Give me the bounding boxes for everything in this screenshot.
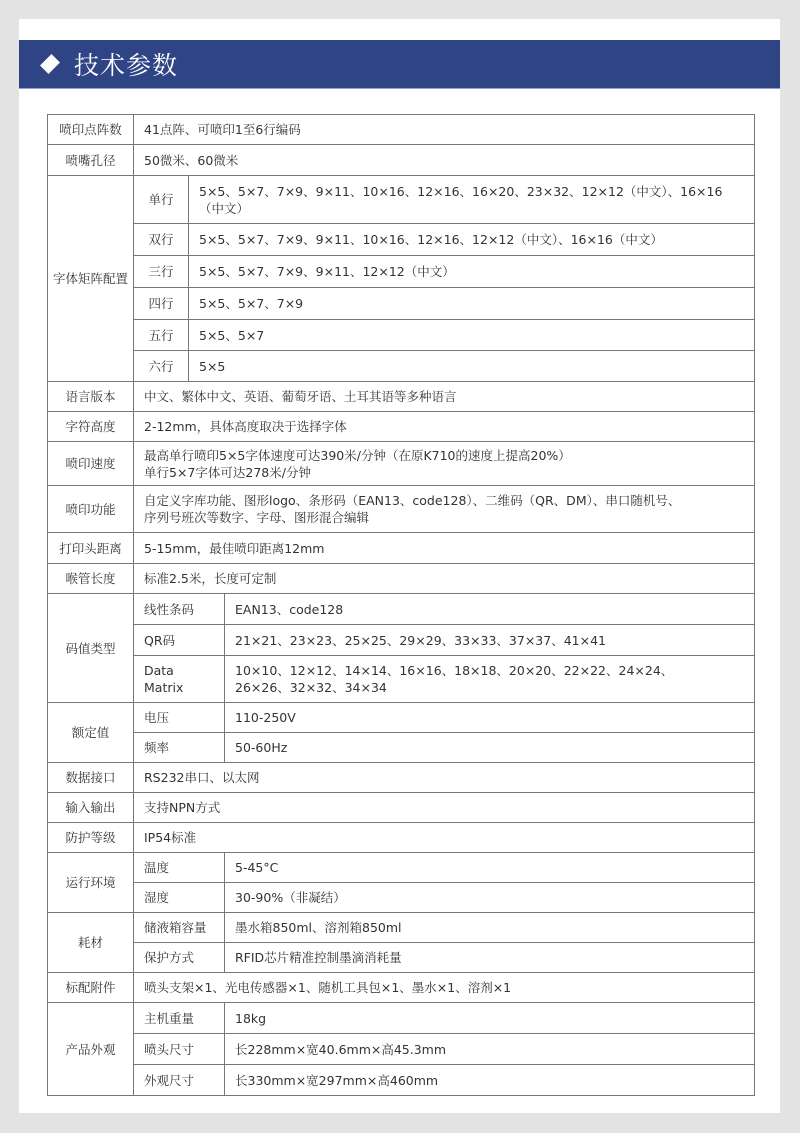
table-row: 频率 50-60Hz [48,733,755,763]
table-row: 标配附件 喷头支架×1、光电传感器×1、随机工具包×1、墨水×1、溶剂×1 [48,973,755,1003]
sub-value: 5×5、5×7、7×9、9×11、12×12（中文） [189,256,755,287]
table-row: 字体矩阵配置 单行 5×5、5×7、7×9、9×11、10×16、12×16、1… [48,176,755,224]
sub-label: 双行 [134,224,189,255]
row-label: 打印头距离 [48,533,134,564]
row-label: 字体矩阵配置 [48,176,134,382]
sub-label: 六行 [134,351,189,381]
table-row: 运行环境 温度 5-45°C [48,853,755,883]
row-value: 喷头支架×1、光电传感器×1、随机工具包×1、墨水×1、溶剂×1 [134,973,755,1003]
row-value: RS232串口、以太网 [134,763,755,793]
row-label: 喷印功能 [48,486,134,533]
table-row: 喷印功能 自定义字库功能、图形logo、条形码（EAN13、code128）、二… [48,486,755,533]
sub-label: 五行 [134,320,189,350]
table-row: 喷印速度 最高单行喷印5×5字体速度可达390米/分钟（在原K710的速度上提高… [48,442,755,486]
sub-value: 5×5、5×7、7×9、9×11、10×16、12×16、16×20、23×32… [189,176,755,223]
row-label: 标配附件 [48,973,134,1003]
row-value: 标准2.5米，长度可定制 [134,564,755,594]
table-row: QR码 21×21、23×23、25×25、29×29、33×33、37×37、… [48,625,755,656]
sub-value: 50-60Hz [225,733,755,763]
table-row: 字符高度 2-12mm，具体高度取决于选择字体 [48,412,755,442]
spec-sheet-page: 技术参数 喷印点阵数 41点阵、可喷印1至6行编码 喷嘴孔径 50微米、60微米… [19,19,780,1113]
table-row: 外观尺寸 长330mm×宽297mm×高460mm [48,1065,755,1096]
section-header: 技术参数 [19,40,780,89]
row-value: 2-12mm，具体高度取决于选择字体 [134,412,755,442]
sub-value: 18kg [225,1003,755,1034]
table-row: 喷头尺寸 长228mm×宽40.6mm×高45.3mm [48,1034,755,1065]
sub-value: 5×5、5×7、7×9、9×11、10×16、12×16、12×12（中文）、1… [189,224,755,255]
row-label: 数据接口 [48,763,134,793]
sub-label: 三行 [134,256,189,287]
row-label: 额定值 [48,703,134,763]
row-label: 运行环境 [48,853,134,913]
row-label: 喷印速度 [48,442,134,486]
table-row: 数据接口 RS232串口、以太网 [48,763,755,793]
table-row: 湿度 30-90%（非凝结） [48,883,755,913]
sub-label: 电压 [134,703,225,733]
table-row: 四行 5×5、5×7、7×9 [48,288,755,320]
sub-value: 30-90%（非凝结） [225,883,755,913]
sub-label: 单行 [134,176,189,223]
sub-value: 5×5 [189,351,755,381]
diamond-icon [40,54,60,74]
row-value: IP54标准 [134,823,755,853]
row-label: 码值类型 [48,594,134,703]
row-label: 耗材 [48,913,134,973]
sub-value: 墨水箱850ml、溶剂箱850ml [225,913,755,943]
sub-label: 湿度 [134,883,225,913]
row-value: 50微米、60微米 [134,145,755,176]
sub-value: 21×21、23×23、25×25、29×29、33×33、37×37、41×4… [225,625,755,656]
spec-table: 喷印点阵数 41点阵、可喷印1至6行编码 喷嘴孔径 50微米、60微米 字体矩阵… [47,114,755,1096]
table-row: 双行 5×5、5×7、7×9、9×11、10×16、12×16、12×12（中文… [48,224,755,256]
table-row: 六行 5×5 [48,351,755,382]
table-row: 耗材 储液箱容量 墨水箱850ml、溶剂箱850ml [48,913,755,943]
row-value: 自定义字库功能、图形logo、条形码（EAN13、code128）、二维码（QR… [134,486,755,533]
row-value: 中文、繁体中文、英语、葡萄牙语、土耳其语等多种语言 [134,382,755,412]
table-row: 喷嘴孔径 50微米、60微米 [48,145,755,176]
value-line: 10×10、12×12、14×14、16×16、18×18、20×20、22×2… [235,662,744,679]
table-row: 三行 5×5、5×7、7×9、9×11、12×12（中文） [48,256,755,288]
sub-value: EAN13、code128 [225,594,755,625]
row-label: 喷嘴孔径 [48,145,134,176]
sub-value: 5×5、5×7 [189,320,755,350]
table-row: 打印头距离 5-15mm，最佳喷印距离12mm [48,533,755,564]
sub-value: 110-250V [225,703,755,733]
table-row: 保护方式 RFID芯片精准控制墨滴消耗量 [48,943,755,973]
sub-value: 5-45°C [225,853,755,883]
sub-label: 温度 [134,853,225,883]
table-row: 码值类型 线性条码 EAN13、code128 [48,594,755,625]
value-line: 单行5×7字体可达278米/分钟 [144,464,744,481]
row-label: 输入输出 [48,793,134,823]
table-row: 额定值 电压 110-250V [48,703,755,733]
section-title: 技术参数 [74,46,178,82]
value-line: 序列号班次等数字、字母、图形混合编辑 [144,509,744,526]
table-row: Data Matrix 10×10、12×12、14×14、16×16、18×1… [48,656,755,703]
sub-value: 长330mm×宽297mm×高460mm [225,1065,755,1096]
row-label: 字符高度 [48,412,134,442]
row-label: 喷印点阵数 [48,115,134,145]
row-value: 5-15mm，最佳喷印距离12mm [134,533,755,564]
row-value: 41点阵、可喷印1至6行编码 [134,115,755,145]
sub-label: 储液箱容量 [134,913,225,943]
value-line: 最高单行喷印5×5字体速度可达390米/分钟（在原K710的速度上提高20%） [144,447,744,464]
row-label: 产品外观 [48,1003,134,1096]
sub-value: 长228mm×宽40.6mm×高45.3mm [225,1034,755,1065]
table-row: 五行 5×5、5×7 [48,320,755,351]
row-value: 支持NPN方式 [134,793,755,823]
table-row: 防护等级 IP54标准 [48,823,755,853]
table-row: 喷印点阵数 41点阵、可喷印1至6行编码 [48,115,755,145]
table-row: 产品外观 主机重量 18kg [48,1003,755,1034]
table-row: 喉管长度 标准2.5米，长度可定制 [48,564,755,594]
sub-label: 四行 [134,288,189,319]
sub-label: 主机重量 [134,1003,225,1034]
sub-value: 5×5、5×7、7×9 [189,288,755,319]
sub-label: 线性条码 [134,594,225,625]
sub-value: RFID芯片精准控制墨滴消耗量 [225,943,755,973]
sub-value: 10×10、12×12、14×14、16×16、18×18、20×20、22×2… [225,656,755,703]
row-value: 最高单行喷印5×5字体速度可达390米/分钟（在原K710的速度上提高20%） … [134,442,755,486]
sub-label: Data Matrix [134,656,225,703]
row-label: 喉管长度 [48,564,134,594]
value-line: 自定义字库功能、图形logo、条形码（EAN13、code128）、二维码（QR… [144,492,744,509]
sub-label: 频率 [134,733,225,763]
table-row: 输入输出 支持NPN方式 [48,793,755,823]
sub-label: 外观尺寸 [134,1065,225,1096]
row-label: 语言版本 [48,382,134,412]
row-label: 防护等级 [48,823,134,853]
table-row: 语言版本 中文、繁体中文、英语、葡萄牙语、土耳其语等多种语言 [48,382,755,412]
sub-label: QR码 [134,625,225,656]
value-line: 26×26、32×32、34×34 [235,679,744,696]
sub-label: 喷头尺寸 [134,1034,225,1065]
sub-label: 保护方式 [134,943,225,973]
